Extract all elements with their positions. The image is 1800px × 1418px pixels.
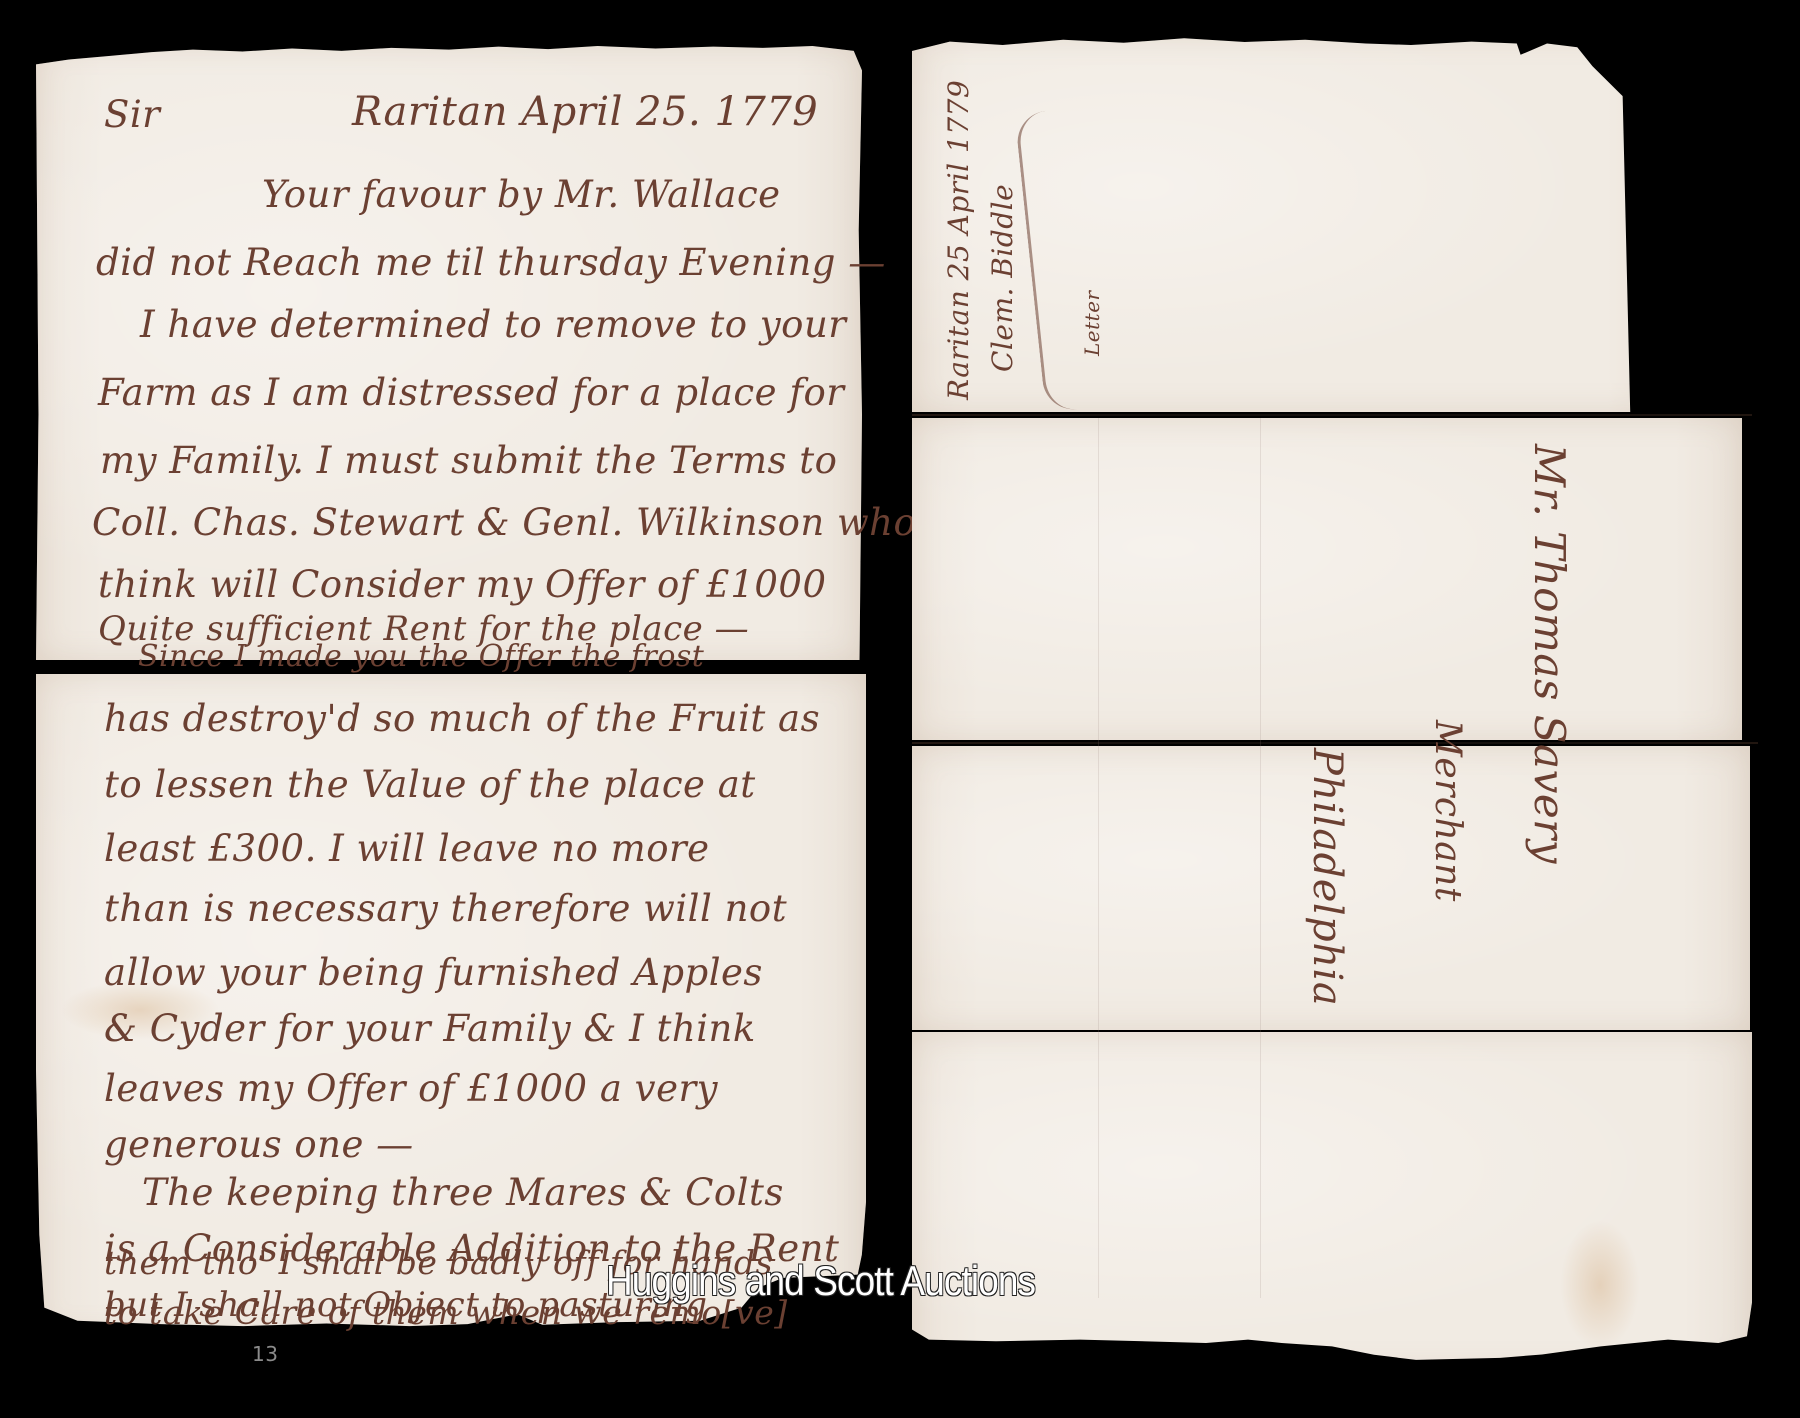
cover-panel-middle [912,418,1742,740]
letter-line: my Family. I must submit the Terms to [100,442,837,479]
letter-line: allow your being furnished Apples [104,954,763,991]
fold-line [912,742,1758,744]
paper-stain [1560,1220,1640,1350]
salutation: Sir [104,96,160,133]
address-city: Philadelphia [1304,748,1350,1006]
paper-crease [1098,418,1099,1298]
letter-line: Coll. Chas. Stewart & Genl. Wilkinson wh… [92,504,944,541]
address-occupation: Merchant [1427,720,1468,902]
fold-line [912,414,1752,416]
docket-line-sender: Clem. Biddle [986,184,1019,372]
address-name: Mr. Thomas Savery [1525,444,1574,864]
paper-crease [1260,418,1261,1298]
watermark-text: Huggins and Scott Auctions [606,1257,1035,1305]
letter-line: Farm as I am distressed for a place for [98,374,844,411]
letter-line: to lessen the Value of the place at [104,766,756,803]
letter-line: & Cyder for your Family & I think [104,1010,756,1047]
letter-line: The keeping three Mares & Colts [142,1174,784,1211]
docket-line-date: Raritan 25 April 1779 [942,80,975,400]
letter-line: think will Consider my Offer of £1000 [98,566,827,603]
letter-line: leaves my Offer of £1000 a very [104,1070,718,1107]
letter-line: did not Reach me til thursday Evening — [96,244,886,281]
letter-line: least £300. I will leave no more [104,830,710,867]
letter-line-cut: Since I made you the Offer the frost [138,642,704,672]
pencil-annotation: 13 [252,1342,278,1366]
letter-line: than is necessary therefore will not [104,890,787,927]
letter-line: I have determined to remove to your [140,306,846,343]
place-date-line: Raritan April 25. 1779 [352,92,818,132]
letter-line: generous one — [104,1126,414,1163]
letter-line: Your favour by Mr. Wallace [262,176,781,213]
letter-line: has destroy'd so much of the Fruit as [104,700,820,737]
